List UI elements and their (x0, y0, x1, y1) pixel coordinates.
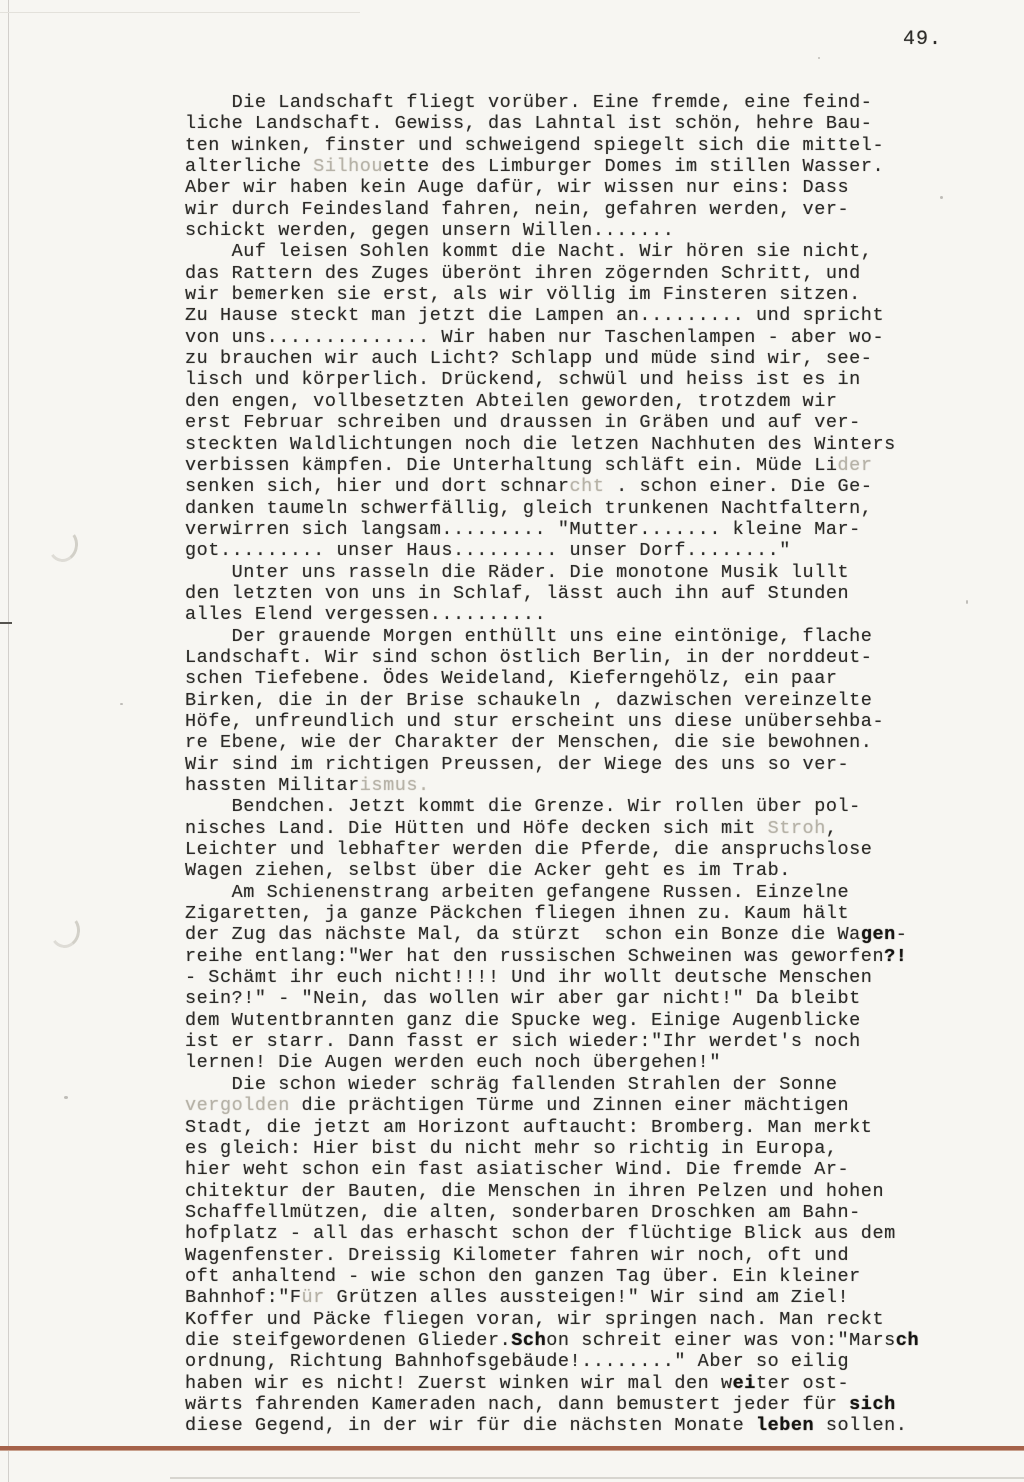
scan-bottom-artifact (170, 1477, 1024, 1479)
text-line: Wagenfenster. Dreissig Kilometer fahren … (185, 1245, 997, 1266)
text-line: wärts fahrenden Kameraden nach, dann bem… (185, 1394, 997, 1415)
margin-tick-mark (0, 622, 12, 624)
text-line: Aber wir haben kein Auge dafür, wir wiss… (185, 177, 997, 198)
text-line: Höfe, unfreundlich und stur erscheint un… (185, 711, 997, 732)
text-line: hier weht schon ein fast asiatischer Win… (185, 1159, 997, 1180)
text-line: liche Landschaft. Gewiss, das Lahntal is… (185, 113, 997, 134)
text-line: Auf leisen Sohlen kommt die Nacht. Wir h… (185, 241, 997, 262)
scan-edge-line (8, 0, 9, 1482)
text-line: Stadt, die jetzt am Horizont auftaucht: … (185, 1117, 997, 1138)
text-line: den engen, vollbesetzten Abteilen geword… (185, 391, 997, 412)
text-line: der Zug das nächste Mal, da stürzt schon… (185, 924, 997, 945)
text-line: Wagen ziehen, selbst über die Acker geht… (185, 860, 997, 881)
text-line: chitektur der Bauten, die Menschen in ih… (185, 1181, 997, 1202)
bottom-red-rule (0, 1446, 1024, 1450)
text-line: wir bemerken sie erst, als wir völlig im… (185, 284, 997, 305)
text-line: vergolden die prächtigen Türme und Zinne… (185, 1095, 997, 1116)
text-line: Schaffellmützen, die alten, sonderbaren … (185, 1202, 997, 1223)
text-line: das Rattern des Zuges überönt ihren zöge… (185, 263, 997, 284)
text-line: Birken, die in der Brise schaukeln , daz… (185, 690, 997, 711)
scan-speck (818, 57, 820, 59)
text-line: Landschaft. Wir sind schon östlich Berli… (185, 647, 997, 668)
text-line: von uns.............. Wir haben nur Tasc… (185, 327, 997, 348)
text-block: Die Landschaft fliegt vorüber. Eine frem… (185, 92, 997, 1437)
text-line: Bendchen. Jetzt kommt die Grenze. Wir ro… (185, 796, 997, 817)
text-line: alles Elend vergessen.......... (185, 604, 997, 625)
text-line: hofplatz - all das erhascht schon der fl… (185, 1223, 997, 1244)
text-line: Unter uns rasseln die Räder. Die monoton… (185, 562, 997, 583)
text-line: ist er starr. Dann fasst er sich wieder:… (185, 1031, 997, 1052)
scan-top-artifact (0, 12, 360, 13)
text-line: Der grauende Morgen enthüllt uns eine ei… (185, 626, 997, 647)
text-line: schen Tiefebene. Ödes Weideland, Kiefern… (185, 668, 997, 689)
text-line: Die schon wieder schräg fallenden Strahl… (185, 1074, 997, 1095)
text-line: den letzten von uns in Schlaf, lässt auc… (185, 583, 997, 604)
text-line: lernen! Die Augen werden euch noch überg… (185, 1052, 997, 1073)
text-line: lisch und körperlich. Drückend, schwül u… (185, 369, 997, 390)
text-line: erst Februar schreiben und draussen in G… (185, 412, 997, 433)
text-line: reihe entlang:"Wer hat den russischen Sc… (185, 946, 997, 967)
text-line: Zu Hause steckt man jetzt die Lampen an.… (185, 305, 997, 326)
scan-speck (120, 703, 123, 705)
text-line: steckten Waldlichtungen noch die letzen … (185, 434, 997, 455)
text-line: alterliche Silhouette des Limburger Dome… (185, 156, 997, 177)
text-line: got......... unser Haus......... unser D… (185, 540, 997, 561)
text-line: Wir sind im richtigen Preussen, der Wieg… (185, 754, 997, 775)
text-line: danken taumeln schwerfällig, gleich trun… (185, 498, 997, 519)
text-line: ten winken, finster und schweigend spieg… (185, 135, 997, 156)
text-line: verwirren sich langsam......... "Mutter.… (185, 519, 997, 540)
text-line: diese Gegend, in der wir für die nächste… (185, 1415, 997, 1436)
text-line: Leichter und lebhafter werden die Pferde… (185, 839, 997, 860)
text-line: hassten Militarismus. (185, 775, 997, 796)
text-line: dem Wutentbrannten ganz die Spucke weg. … (185, 1010, 997, 1031)
scan-speck (64, 1096, 68, 1099)
punch-hole (48, 912, 82, 950)
text-line: oft anhaltend - wie schon den ganzen Tag… (185, 1266, 997, 1287)
text-line: haben wir es nicht! Zuerst winken wir ma… (185, 1373, 997, 1394)
text-line: - Schämt ihr euch nicht!!!! Und ihr woll… (185, 967, 997, 988)
text-line: Bahnhof:"Für Grützen alles aussteigen!" … (185, 1287, 997, 1308)
text-line: zu brauchen wir auch Licht? Schlapp und … (185, 348, 997, 369)
text-line: ordnung, Richtung Bahnhofsgebäude!......… (185, 1351, 997, 1372)
text-line: Die Landschaft fliegt vorüber. Eine frem… (185, 92, 997, 113)
punch-hole (46, 526, 80, 564)
text-line: re Ebene, wie der Charakter der Menschen… (185, 732, 997, 753)
text-line: es gleich: Hier bist du nicht mehr so ri… (185, 1138, 997, 1159)
text-line: Koffer und Päcke fliegen voran, wir spri… (185, 1309, 997, 1330)
text-line: Zigaretten, ja ganze Päckchen fliegen ih… (185, 903, 997, 924)
text-line: verbissen kämpfen. Die Unterhaltung schl… (185, 455, 997, 476)
text-line: sein?!" - "Nein, das wollen wir aber gar… (185, 988, 997, 1009)
text-line: schickt werden, gegen unsern Willen.....… (185, 220, 997, 241)
text-line: senken sich, hier und dort schnarcht . s… (185, 476, 997, 497)
text-line: die steifgewordenen Glieder.Schon schrei… (185, 1330, 997, 1351)
text-line: wir durch Feindesland fahren, nein, gefa… (185, 199, 997, 220)
text-line: Am Schienenstrang arbeiten gefangene Rus… (185, 882, 997, 903)
page-number: 49. (903, 28, 942, 51)
text-line: nisches Land. Die Hütten und Höfe decken… (185, 818, 997, 839)
